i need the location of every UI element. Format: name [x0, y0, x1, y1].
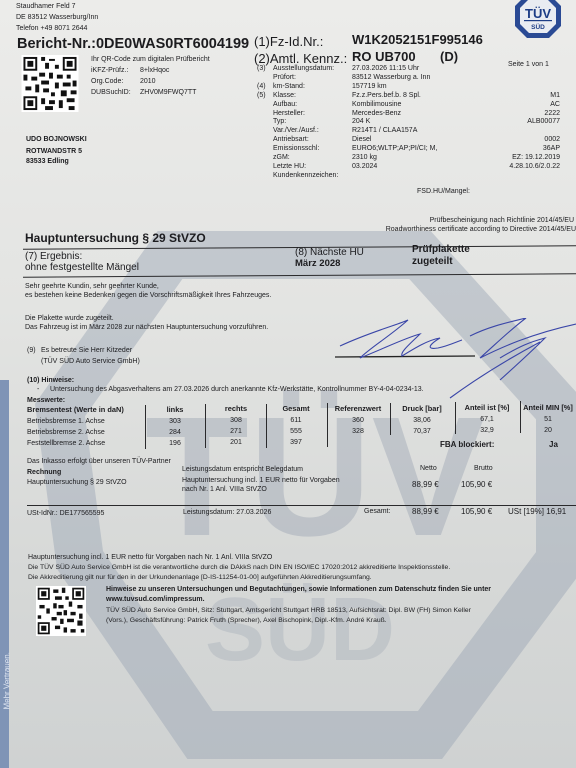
table-cell: 360 [328, 417, 388, 424]
table-header: Bremsentest (Werte in daN) [27, 405, 124, 414]
table-header: Referenzwert [328, 404, 388, 413]
vehicle-field-code: AC [550, 101, 560, 108]
notes-text: Untersuchung des Abgasverhaltens am 27.0… [50, 386, 424, 393]
measurements-title: Messwerte: [27, 397, 65, 404]
invoice-item: Hauptuntersuchung § 29 StVZO [27, 479, 127, 486]
plakette-value: zugeteilt [412, 256, 453, 267]
table-divider [390, 403, 391, 435]
vehicle-field-value: Mercedes-Benz [352, 110, 401, 117]
svg-text:SÜD: SÜD [531, 22, 545, 31]
document-page: TÜV SÜD Mehr Vertrauen. Staudhamer Feld … [0, 0, 576, 768]
service-date: Leistungsdatum: 27.03.2026 [183, 509, 271, 516]
svg-text:SÜD: SÜD [205, 580, 395, 680]
result-label: (7) Ergebnis: [25, 251, 82, 262]
impressum-link[interactable]: www.tuvsud.com/impressum. [106, 596, 205, 603]
vehicle-field-value: R214T1 / CLAA157A [352, 127, 417, 134]
kennz-value: RO UB700 [352, 49, 416, 64]
total-label: Gesamt: [364, 508, 390, 515]
qr-code-report[interactable] [21, 55, 79, 112]
vehicle-field-label: Letzte HU: [273, 163, 306, 170]
table-divider [205, 404, 206, 448]
vehicle-field-label: Prüfort: [273, 74, 296, 81]
footer-line-1: Hauptuntersuchung incl. 1 EUR netto für … [28, 554, 272, 561]
table-cell: 303 [145, 418, 205, 425]
privacy-notice: Hinweise zu unseren Untersuchungen und B… [106, 586, 491, 593]
report-number-value: 0DE0WAS0RT6004199 [96, 36, 249, 52]
table-header: Anteil ist [%] [457, 403, 517, 412]
table-header: Druck [bar] [392, 404, 452, 413]
legal-line-2: (Vors.), Geschäftsführung: Patrick Fruth… [106, 617, 387, 624]
total-brutto: 105,90 € [461, 507, 492, 516]
brand-strip [0, 380, 9, 768]
vehicle-field-label: Kundenkennzeichen: [273, 172, 338, 179]
table-cell: 38,06 [392, 417, 452, 424]
table-cell: 70,37 [392, 428, 452, 435]
fzid-value: W1K2052151F995146 [352, 32, 483, 47]
table-cell: 284 [145, 429, 205, 436]
next-hu-value: März 2028 [295, 258, 340, 269]
invoice-desc-1: Hauptuntersuchung incl. 1 EUR netto für … [182, 477, 340, 484]
table-cell: 397 [266, 439, 326, 446]
ikfz-value: 8+lxHqoc [140, 67, 169, 74]
report-number: Bericht-Nr.:0DE0WAS0RT6004199 [17, 36, 249, 52]
ikfz-label: iKFZ-Prüfz.: [91, 67, 128, 74]
fba-value: Ja [549, 440, 558, 449]
table-row-label: Betriebsbremse 1. Achse [27, 418, 105, 425]
table-cell: 20 [518, 427, 576, 434]
plakette-label: Prüfplakette [412, 244, 470, 255]
fba-label: FBA blockiert: [440, 440, 494, 449]
vehicle-field-label: Ausstellungsdatum: [273, 65, 334, 72]
issuer-phone: Telefon +49 8071 2644 [16, 25, 87, 32]
vehicle-field-label: Aufbau: [273, 101, 297, 108]
table-row-label: Betriebsbremse 2. Achse [27, 429, 105, 436]
issuer-street: Staudhamer Feld 7 [16, 3, 76, 10]
next-hu-label: (8) Nächste HU [295, 247, 364, 258]
vehicle-field-value: Fz.z.Pers.bef.b. 8 Spl. [352, 92, 421, 99]
invoice-desc-2: nach Nr. 1 Anl. VIIIa StVZO [182, 486, 267, 493]
vehicle-field-label: Var./Ver./Ausf.: [273, 127, 319, 134]
table-header: Anteil MIN [%] [518, 403, 576, 412]
table-divider [455, 402, 456, 434]
vehicle-field-value: 83512 Wasserburg a. Inn [352, 74, 430, 81]
svg-text:TÜV: TÜV [525, 6, 551, 21]
table-header: rechts [206, 404, 266, 413]
brutto-value: 105,90 € [461, 480, 492, 489]
invoice-date-note: Leistungsdatum entspricht Belegdatum [182, 466, 303, 473]
table-cell: 51 [518, 416, 576, 423]
table-header: links [145, 405, 205, 414]
vehicle-field-value: Kombilimousine [352, 101, 401, 108]
tuv-sud-logo: TÜV SÜD [513, 0, 563, 40]
netto-value: 88,99 € [412, 480, 439, 489]
org-code-label: Org.Code: [91, 78, 123, 85]
vehicle-field-label: km-Stand: [273, 83, 305, 90]
inspection-title: Hauptuntersuchung § 29 StVZO [25, 231, 206, 245]
kennz-country: (D) [440, 49, 458, 64]
notes-bullet: - [37, 386, 39, 393]
ust-id: USt-IdNr.: DE177565595 [27, 510, 104, 517]
notes-title: (10) Hinweise: [27, 377, 74, 384]
salutation: Sehr geehrte Kundin, sehr geehrter Kunde… [25, 283, 159, 290]
vehicle-field-number: (3) [257, 65, 266, 72]
table-divider [266, 404, 267, 448]
brand-strip-text: Mehr Vertrauen. [3, 580, 12, 710]
customer-street: ROTWANDSTR 5 [26, 148, 82, 155]
vehicle-field-code: M1 [550, 92, 560, 99]
vehicle-field-code: 0002 [544, 136, 560, 143]
vehicle-field-value: EURO6;WLTP;AP;PI/CI; M, [352, 145, 437, 152]
vehicle-field-value: 27.03.2026 11:15 Uhr [352, 65, 419, 72]
table-cell: 308 [206, 417, 266, 424]
vehicle-field-label: Antriebsart: [273, 136, 309, 143]
fsd-label: FSD.HU/Mangel: [417, 188, 470, 195]
vehicle-field-label: Hersteller: [273, 110, 305, 117]
table-cell: 328 [328, 428, 388, 435]
letter-line-3: Das Fahrzeug ist im März 2028 zur nächst… [25, 324, 268, 331]
dub-label: DUBSuchID: [91, 89, 131, 96]
vehicle-field-number: (5) [257, 92, 266, 99]
vehicle-field-code: 36AP [543, 145, 560, 152]
result-value: ohne festgestellte Mängel [25, 262, 139, 273]
table-cell: 555 [266, 428, 326, 435]
vat-amount: USt [19%] 16,91 [508, 507, 566, 516]
table-cell: 611 [266, 417, 326, 424]
legal-line-1: TÜV SÜD Auto Service GmbH, Sitz: Stuttga… [106, 607, 471, 614]
vehicle-field-label: Emissionsschl: [273, 145, 319, 152]
vehicle-field-code: 2222 [544, 110, 560, 117]
footer-line-3: Die Akkreditierung gilt nur für den in d… [28, 574, 372, 581]
table-divider [520, 401, 521, 433]
table-cell: 201 [206, 439, 266, 446]
divider [27, 505, 576, 506]
vehicle-field-value: 03.2024 [352, 163, 377, 170]
customer-city: 83533 Edling [26, 158, 69, 165]
dub-value: ZHV0M9FWQ7TT [140, 89, 196, 96]
page-indicator: Seite 1 von 1 [508, 61, 549, 68]
inspector-number: (9) [27, 347, 36, 354]
org-code-value: 2010 [140, 78, 156, 85]
divider [23, 273, 576, 278]
vehicle-field-code: ALB00077 [527, 118, 560, 125]
vehicle-field-label: Klasse: [273, 92, 296, 99]
directive-en: Roadworthiness certificate according to … [386, 226, 576, 233]
table-cell: 271 [206, 428, 266, 435]
report-number-label: Bericht-Nr.: [17, 36, 96, 52]
footer-line-2: Die TÜV SÜD Auto Service GmbH ist die ve… [28, 564, 450, 571]
invoice-title: Rechnung [27, 469, 61, 476]
table-cell: 32,9 [457, 427, 517, 434]
vehicle-field-label: Typ: [273, 118, 286, 125]
netto-label: Netto [420, 465, 437, 472]
inspector: Es betreute Sie Herr Kitzeder [41, 347, 132, 354]
kennz-label: (2)Amtl. Kennz.: [254, 51, 347, 66]
vehicle-field-value: 157719 km [352, 83, 387, 90]
qr-code-impressum[interactable] [36, 586, 86, 636]
vehicle-field-value: 204 K [352, 118, 370, 125]
vehicle-field-value: Diesel [352, 136, 371, 143]
inspector-company: (TÜV SÜD Auto Service GmbH) [41, 358, 140, 365]
inkasso-note: Das Inkasso erfolgt über unseren TÜV-Par… [27, 458, 171, 465]
qr-caption: Ihr QR-Code zum digitalen Prüfbericht [91, 56, 210, 63]
vehicle-field-value: 2310 kg [352, 154, 377, 161]
table-divider [327, 403, 328, 447]
table-header: Gesamt [266, 404, 326, 413]
vehicle-field-code: 4.28.10.6/2.0.22 [509, 163, 560, 170]
letter-line-2: Die Plakette wurde zugeteilt. [25, 315, 114, 322]
directive-de: Prüfbescheinigung nach Richtlinie 2014/4… [430, 217, 574, 224]
table-cell: 196 [145, 440, 205, 447]
letter-line-1: es bestehen keine Bedenken gegen die Vor… [25, 292, 271, 299]
vehicle-field-number: (4) [257, 83, 266, 90]
total-netto: 88,99 € [412, 507, 439, 516]
vehicle-field-code: EZ: 19.12.2019 [512, 154, 560, 161]
table-cell: 67,1 [457, 416, 517, 423]
customer-name: UDO BOJNOWSKI [26, 136, 87, 143]
issuer-city: DE 83512 Wasserburg/Inn [16, 14, 98, 21]
table-divider [145, 405, 146, 449]
fzid-label: (1)Fz-Id.Nr.: [254, 34, 323, 49]
vehicle-field-label: zGM: [273, 154, 290, 161]
brutto-label: Brutto [474, 465, 493, 472]
table-row-label: Feststellbremse 2. Achse [27, 440, 105, 447]
